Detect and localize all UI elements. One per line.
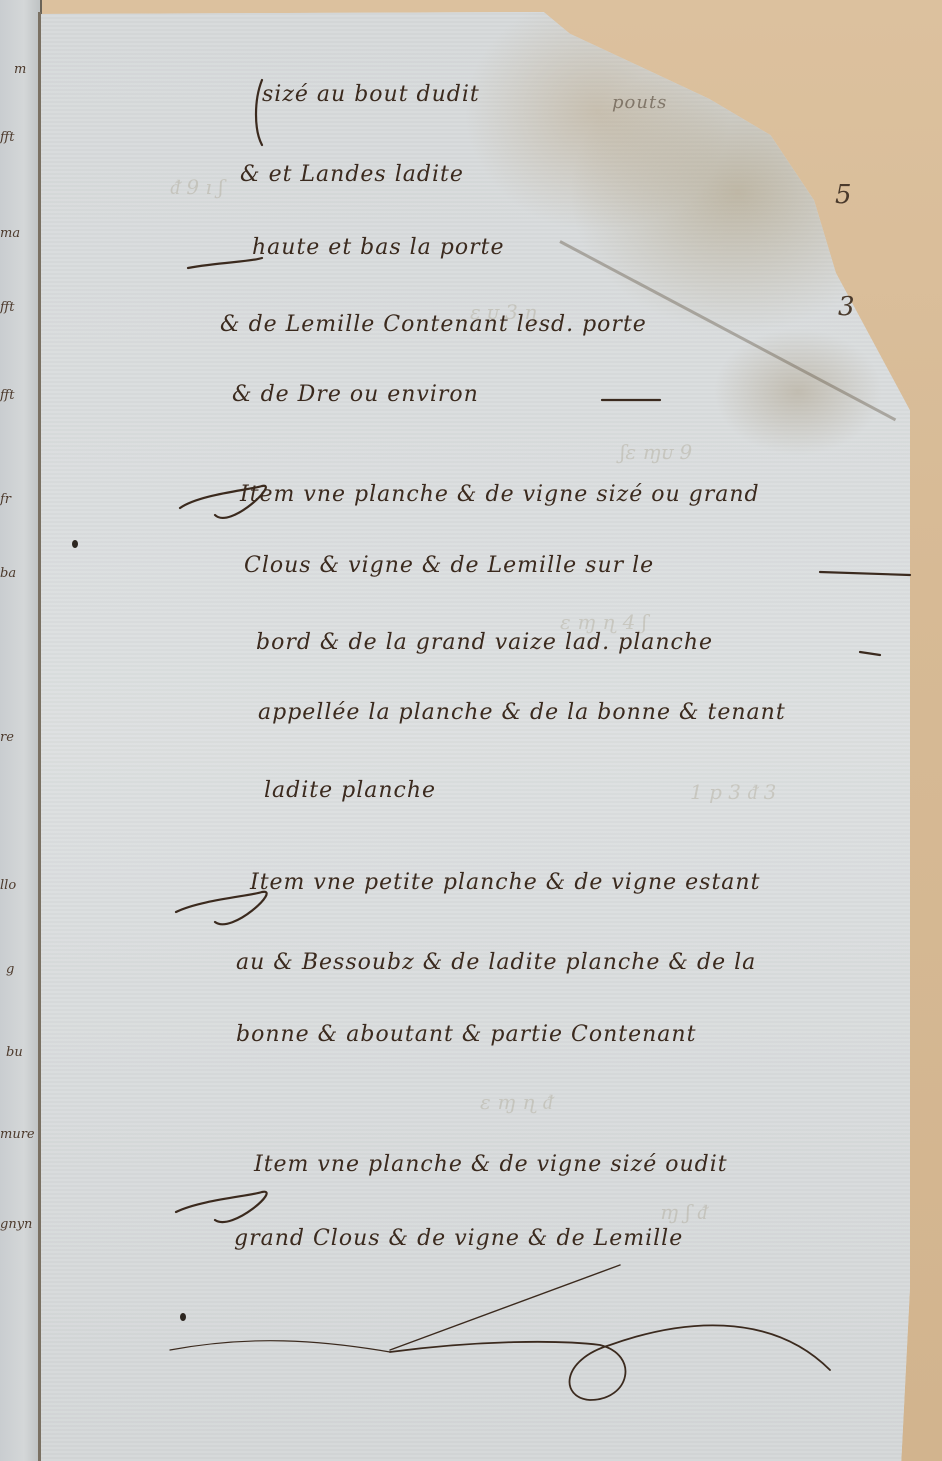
margin-fragment: fft — [0, 130, 14, 145]
bleed-through-text: ʃɛ ɱᴜ 9 — [620, 440, 692, 464]
margin-fragment: bu — [6, 1045, 23, 1060]
corner-note: pouts — [612, 92, 667, 113]
margin-fragment: mure — [0, 1127, 35, 1142]
manuscript-line: bord & de la grand vaize lad. planche — [256, 630, 713, 655]
manuscript-line: & de Lemille Contenant lesd. porte — [220, 312, 647, 337]
manuscript-line: ladite planche — [264, 778, 436, 803]
margin-mark: 3 — [838, 292, 855, 322]
manuscript-line: grand Clous & de vigne & de Lemille — [234, 1226, 683, 1251]
margin-fragment: fr — [0, 492, 11, 507]
margin-fragment: ba — [0, 566, 16, 581]
manuscript-line: & et Landes ladite — [240, 162, 464, 187]
margin-fragment: m — [14, 62, 26, 77]
manuscript-line: bonne & aboutant & partie Contenant — [236, 1022, 696, 1047]
manuscript-line: Item vne planche & de vigne sizé oudit — [254, 1152, 728, 1177]
manuscript-line: Clous & vigne & de Lemille sur le — [244, 553, 654, 578]
margin-mark: 5 — [835, 180, 852, 210]
bleed-through-text: ɛ ɱ ɳ ᵭ — [480, 1090, 553, 1115]
paper-hole — [72, 540, 78, 548]
left-facing-page: m fft ma fft fft fr ba re llo g bu mure … — [0, 0, 42, 1461]
manuscript-line: au & Bessoubz & de ladite planche & de l… — [236, 950, 756, 975]
manuscript-line: appellée la planche & de la bonne & tena… — [258, 700, 786, 725]
margin-fragment: g — [6, 962, 14, 977]
page-gutter-edge — [38, 12, 41, 1461]
manuscript-line: sizé au bout dudit — [262, 82, 480, 107]
margin-fragment: fft — [0, 300, 14, 315]
bleed-through-text: ᵭ 9 ı ʃ — [170, 175, 224, 200]
bleed-through-text: ɱ ʃ ᵭ — [660, 1200, 707, 1225]
manuscript-line: Item vne planche & de vigne sizé ou gran… — [240, 482, 760, 507]
bleed-through-text: 1 p 3 ᵭ 3 — [690, 780, 776, 805]
margin-fragment: ma — [0, 226, 20, 241]
manuscript-line: haute et bas la porte — [252, 235, 505, 260]
margin-fragment: llo — [0, 878, 16, 893]
manuscript-line: Item vne petite planche & de vigne estan… — [250, 870, 760, 895]
manuscript-line: & de Dre ou environ — [232, 382, 479, 407]
paper-hole — [180, 1313, 186, 1321]
margin-fragment: re — [0, 730, 14, 745]
margin-fragment: fft — [0, 388, 14, 403]
margin-fragment: gnyn — [0, 1217, 32, 1232]
